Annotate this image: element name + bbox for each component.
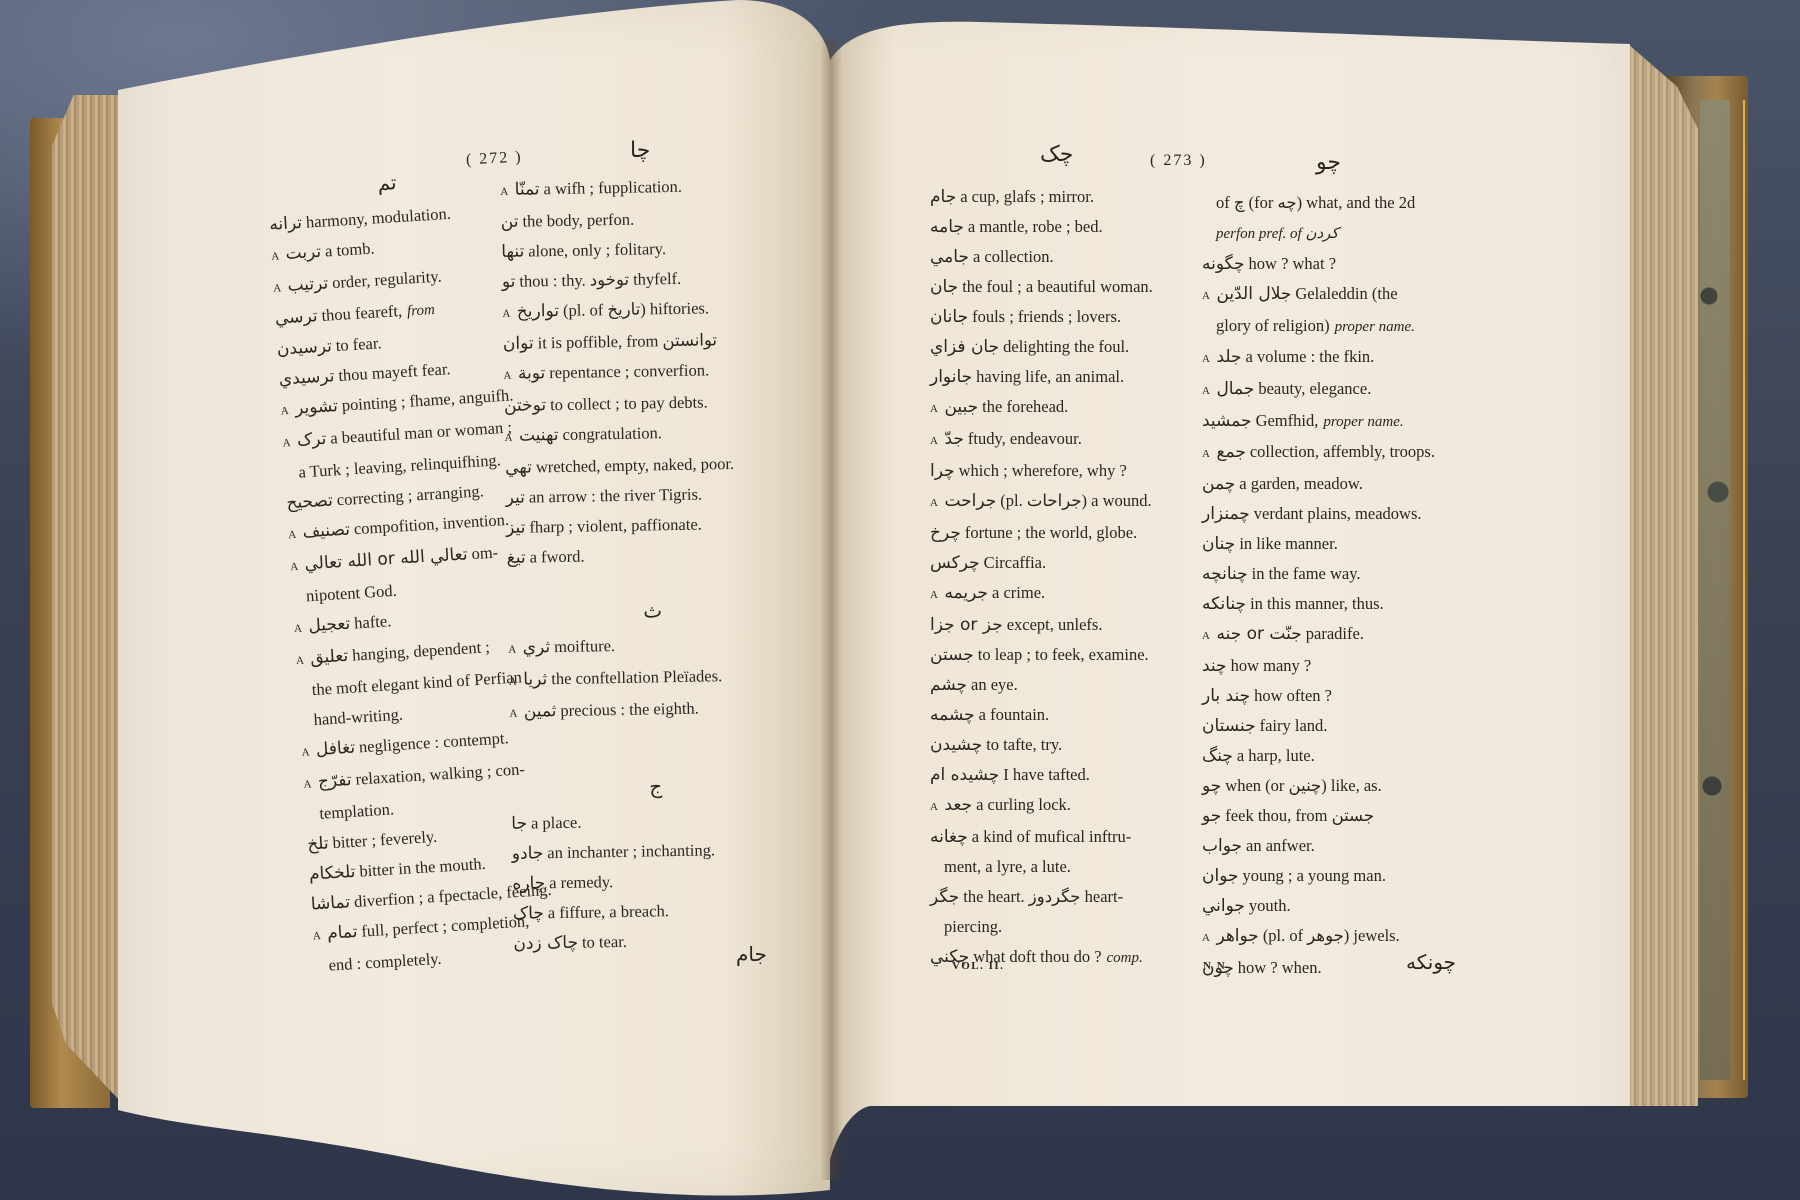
definition: the forehead. [982,397,1068,416]
gilt-edge [1743,100,1745,1080]
headword: تهنيت [519,425,559,446]
arabic-origin-marker: A [273,282,282,294]
definition: glory of religion) [1216,316,1330,335]
definition: full, perfect ; completion, [361,911,530,940]
headword: توبة [518,363,546,383]
dictionary-entry: piercing. [930,912,1210,942]
headword: جمال [1216,379,1254,399]
dictionary-entry: جمشيدGemfhid,proper name. [1202,406,1482,437]
headword: ثريا [523,669,547,689]
headword: چاره [512,873,545,894]
definition: fortune ; the world, globe. [965,523,1137,542]
dictionary-entry: Aتوبةrepentance ; converfion. [503,354,794,391]
dictionary-entry: Aجلدa volume : the fkin. [1202,342,1482,374]
definition: piercing. [944,917,1002,936]
definition: pointing ; fhame, anguifh. [341,385,514,414]
definition: youth. [1249,896,1291,915]
definition: alone, only ; folitary. [528,239,666,260]
arabic-origin-marker: A [1202,932,1210,944]
arabic-origin-marker: A [280,405,289,417]
definition: the heart. جگردوز heart- [963,887,1123,906]
dictionary-entry: جانوارhaving life, an animal. [930,362,1210,392]
headword: چنانچه [1202,564,1248,584]
arabic-origin-marker: A [930,801,938,813]
definition: in this manner, thus. [1250,594,1384,613]
arabic-origin-marker: A [294,623,303,635]
headword: جنّت or جنه [1216,624,1301,644]
headword: تلخ [307,833,330,854]
headword: چشيدن [930,735,982,755]
headword: چند بار [1202,686,1250,706]
headword: چغانه [930,827,968,847]
dictionary-entry: Aجمالbeauty, elegance. [1202,374,1482,406]
definition: a cup, glafs ; mirror. [960,187,1094,206]
headword: تفرّج [317,770,352,792]
headword: جا [511,814,527,834]
headword: چاک زدن [513,933,578,954]
definition: in the fame way. [1252,564,1361,583]
headword: چرا [930,461,955,481]
arabic-origin-marker: A [930,403,938,415]
definition: Circaffia. [984,553,1046,572]
definition: moifture. [554,636,615,656]
running-head-right-2: چو [1316,150,1341,175]
volume-signature: VOL. II. [952,960,1004,972]
headword: چنانکه [1202,594,1246,614]
definition: a curling lock. [976,795,1071,814]
headword: چگونه [1202,254,1245,274]
definition: to leap ; to feek, examine. [978,645,1149,664]
dictionary-entry: جوابan anfwer. [1202,831,1482,861]
dictionary-entry: چرخfortune ; the world, globe. [930,518,1210,548]
headword: چرخ [930,523,961,543]
definition: how many ? [1231,656,1312,675]
definition: Gelaleddin (the [1295,284,1397,303]
headword: تير [505,488,525,508]
definition: a beautiful man or woman ; [330,417,513,447]
headword: جانوار [930,367,972,387]
dictionary-entry: جامa cup, glafs ; mirror. [930,182,1210,212]
headword: چنان [1202,534,1235,554]
definition: thou : thy. توخود thyfelf. [519,269,681,291]
headword: جو [1202,806,1221,826]
headword: جوان [1202,866,1239,886]
dictionary-entry: Aجلال الدّينGelaleddin (the [1202,279,1482,311]
dictionary-entry: جوfeek thou, from جستن [1202,801,1482,831]
definition: having life, an animal. [976,367,1124,386]
arabic-origin-marker: A [509,676,518,688]
definition: thou feareft, [321,301,403,325]
definition: of چ (for چه) what, and the 2d [1216,193,1415,212]
headword: چنگ [1202,746,1233,766]
definition: ftudy, endeavour. [968,429,1082,448]
definition: a crime. [992,583,1045,602]
dictionary-entry: چشمهa fountain. [930,700,1210,730]
dictionary-entry: Aثمينprecious : the eighth. [509,692,800,729]
headword: جادو [512,843,544,864]
definition: to collect ; to pay debts. [550,392,708,414]
definition: hafte. [354,611,392,632]
arabic-origin-marker: A [271,250,280,262]
headword: تو [502,272,516,292]
definition: a kind of mufical inftru- [972,827,1131,846]
headword: جستن [930,645,974,665]
dictionary-entry: Aجبينthe forehead. [930,392,1210,424]
dictionary-entry: چرکسCircaffia. [930,548,1210,578]
definition: how ? when. [1238,958,1322,977]
definition: order, regularity. [332,266,443,292]
definition: fharp ; violent, paffionate. [529,515,702,537]
definition: a place. [531,813,582,833]
dictionary-entry: چمنزارverdant plains, meadows. [1202,499,1482,529]
definition: an anfwer. [1246,836,1315,855]
arabic-origin-marker: A [930,589,938,601]
dictionary-entry: Aجواهر(pl. of جوهر) jewels. [1202,921,1482,953]
headword: چو [1202,776,1221,796]
dictionary-entry: چنانin like manner. [1202,529,1482,559]
headword: تعجيل [308,614,351,637]
arabic-origin-marker: A [1202,385,1210,397]
definition: a tomb. [324,239,375,261]
headword: جعد [944,795,972,815]
definition: Gemfhid, [1256,411,1319,430]
definition: in like manner. [1239,534,1338,553]
headword: تيز [506,518,526,538]
definition: a fountain. [979,705,1050,724]
dictionary-entry: چنانچهin the fame way. [1202,559,1482,589]
dictionary-entry: چشيده امI have tafted. [930,760,1210,790]
dictionary-entry: چنانکهin this manner, thus. [1202,589,1482,619]
arabic-origin-marker: A [1202,630,1210,642]
definition: templation. [319,799,395,823]
headword: چمن [1202,474,1235,494]
arabic-origin-marker: A [1202,448,1210,460]
definition: fairy land. [1260,716,1328,735]
arabic-origin-marker: A [504,432,513,444]
dictionary-entry: چند بارhow often ? [1202,681,1482,711]
definition: which ; wherefore, why ? [959,461,1127,480]
definition: the body, perfon. [522,210,634,231]
arabic-origin-marker: A [500,186,509,198]
dictionary-entry: ment, a lyre, a lute. [930,852,1210,882]
arabic-origin-marker: A [303,778,312,790]
dictionary-entry: جامهa mantle, robe ; bed. [930,212,1210,242]
definition: negligence : contempt. [358,728,509,756]
headword: تماشا [310,892,350,914]
headword: جراحت [944,491,996,511]
definition: correcting ; arranging. [336,481,484,509]
arabic-origin-marker: A [502,308,511,320]
definition: end : completely. [328,949,442,975]
definition: the foul ; a beautiful woman. [962,277,1153,296]
headword: ثري [523,637,551,657]
definition: a wifh ; fupplication. [543,177,682,198]
dictionary-entry: glory of religion)proper name. [1202,311,1482,342]
gathering-signature: N N [1203,960,1226,972]
arabic-origin-marker: A [288,529,297,541]
headword: جواني [1202,896,1245,916]
section-letter-heading: ث [507,588,798,633]
headword: تلخكام [308,862,356,885]
dictionary-entry: جاميa collection. [930,242,1210,272]
book-gutter [820,40,842,1180]
dictionary-entry: چراwhich ; wherefore, why ? [930,456,1210,486]
definition: a fword. [529,547,584,567]
dictionary-entry: چشمan eye. [930,670,1210,700]
headword: جواب [1202,836,1242,856]
definition: young ; a young man. [1243,866,1386,885]
definition: how often ? [1254,686,1332,705]
definition: ment, a lyre, a lute. [944,857,1071,876]
headword: ثمين [524,701,557,722]
headword: تواريخ [517,301,559,322]
headword: تصحيح [286,491,334,514]
definition: a harp, lute. [1237,746,1315,765]
definition: I have tafted. [1003,765,1090,784]
dictionary-entry: چشيدنto tafte, try. [930,730,1210,760]
headword: جمع [1216,442,1245,462]
headword: تربت [285,242,322,264]
dictionary-entry: چنگa harp, lute. [1202,741,1482,771]
headword: ترک [296,429,326,451]
arabic-origin-marker: A [503,370,512,382]
definition: congratulation. [562,423,662,444]
dictionary-entry: Aتهنيتcongratulation. [504,416,795,453]
definition: hand-writing. [313,705,403,729]
arabic-origin-marker: A [290,561,299,573]
catchword-left: جام [736,942,767,966]
headword: جان فزاي [930,337,999,357]
arabic-origin-marker: A [1202,290,1210,302]
definition: how ? what ? [1249,254,1337,273]
headword: تنها [501,242,524,262]
definition: beauty, elegance. [1258,379,1371,398]
dictionary-entry: جوانيyouth. [1202,891,1482,921]
definition: precious : the eighth. [560,699,699,720]
headword: جان [930,277,958,297]
catchword-right: چونكه [1406,950,1456,974]
definition: it is poffible, from توانستن [538,330,718,352]
italic-note: from [407,302,436,320]
dictionary-entry: Aجدّftudy, endeavour. [930,424,1210,456]
headword: چمنزار [1202,504,1250,524]
dictionary-entry: Aتمنّاa wifh ; fupplication. [500,170,791,207]
headword: چرکس [930,553,980,573]
headword: جواهر [1216,926,1258,946]
definition: hanging, dependent ; [352,637,491,664]
dictionary-entry: جگرthe heart. جگردوز heart- [930,882,1210,912]
definition: to tafte, try. [986,735,1062,754]
definition: a remedy. [549,872,613,892]
definition: a garden, meadow. [1239,474,1363,493]
dictionary-entry: جانانfouls ; friends ; lovers. [930,302,1210,332]
definition: (pl. of تاريخ) hiftories. [563,298,709,320]
right-page-column-2: of چ (for چه) what, and the 2dperfon pre… [1202,188,1482,983]
dictionary-entry: چغانهa kind of mufical inftru- [930,822,1210,852]
headword: تعالي الله or الله تعالي [304,544,468,574]
definition: compofition, invention. [353,510,509,538]
dictionary-entry: جان فزايdelighting the foul. [930,332,1210,362]
headword: جدّ [944,429,963,449]
dictionary-entry: چمنa garden, meadow. [1202,469,1482,499]
definition: an inchanter ; inchanting. [547,840,715,862]
definition: relaxation, walking ; con- [355,759,525,788]
definition: to tear. [582,932,627,952]
headword: چشمه [930,705,975,725]
arabic-origin-marker: A [313,930,322,942]
arabic-origin-marker: A [930,497,938,509]
page-number-right: ( 273 ) [1150,152,1207,170]
dictionary-entry: Aجريمهa crime. [930,578,1210,610]
definition: repentance ; converfion. [549,360,709,382]
definition: a volume : the fkin. [1246,347,1375,366]
dictionary-entry: جانthe foul ; a beautiful woman. [930,272,1210,302]
arabic-origin-marker: A [296,655,305,667]
headword: جانان [930,307,968,327]
headword: ترسيدي [278,366,335,389]
headword: تشوير [294,396,338,419]
arabic-origin-marker: A [301,746,310,758]
headword: جنستان [1202,716,1256,736]
dictionary-entry: Aجنّت or جنهparadife. [1202,619,1482,651]
headword: تن [501,212,519,232]
headword: جمشيد [1202,411,1252,431]
headword: جريمه [944,583,988,603]
arabic-origin-marker: A [1202,353,1210,365]
headword: جام [930,187,956,207]
dictionary-entry: جنستانfairy land. [1202,711,1482,741]
definition: nipotent God. [305,581,397,606]
definition: the conftellation Pleïades. [551,666,722,688]
headword: چشيده ام [930,765,999,785]
page-stack-left [52,95,124,1105]
dictionary-entry: Aثرياthe conftellation Pleïades. [509,660,800,697]
headword: تيغ [507,548,526,568]
dictionary-entry: perfon pref. of كردن [1202,218,1482,249]
headword: چشم [930,675,967,695]
definition: thou mayeft fear. [338,359,451,385]
headword: چاک [513,903,544,924]
headword: توان [503,333,534,354]
arabic-origin-marker: A [282,437,291,449]
definition: harmony, modulation. [305,204,451,232]
dictionary-entry: جستنto leap ; to feek, examine. [930,640,1210,670]
definition: bitter in the mouth. [359,854,486,881]
right-page-column-1: جامa cup, glafs ; mirror.جامهa mantle, r… [930,182,1210,973]
headword: جامي [930,247,969,267]
headword: تغافل [315,738,355,760]
definition: an eye. [971,675,1018,694]
italic-note: proper name. [1323,414,1403,430]
definition: when (or چنين) like, as. [1225,776,1381,795]
headword: تهي [505,457,532,477]
definition: a mantle, robe ; bed. [968,217,1103,236]
arabic-origin-marker: A [930,435,938,447]
dictionary-entry: چندhow many ? [1202,651,1482,681]
definition: paradife. [1306,624,1364,643]
marbled-endpaper [1700,100,1730,1080]
definition: a collection. [973,247,1054,266]
definition: to fear. [335,333,382,355]
headword: ترسي [274,306,318,329]
italic-note: proper name. [1335,319,1415,335]
dictionary-entry: چوwhen (or چنين) like, as. [1202,771,1482,801]
definition: collection, affembly, troops. [1250,442,1435,461]
headword: جگر [930,887,959,907]
definition: verdant plains, meadows. [1254,504,1422,523]
page-stack-right [1628,44,1698,1106]
headword: جبين [944,397,978,417]
headword: جلال الدّين [1216,284,1291,304]
dictionary-entry: Aجعدa curling lock. [930,790,1210,822]
section-letter-heading: ج [510,764,801,809]
dictionary-entry: of چ (for چه) what, and the 2d [1202,188,1482,218]
definition: wretched, empty, naked, poor. [536,454,735,476]
headword: چند [1202,656,1227,676]
definition: feek thou, from جستن [1225,806,1374,825]
definition: delighting the foul. [1003,337,1129,356]
headword: ترانه [269,213,303,235]
arabic-origin-marker: A [509,708,518,720]
dictionary-entry: Aثريmoifture. [508,628,799,665]
headword: تمام [327,922,358,944]
headword: تصنيف [302,520,350,543]
definition: a fiffure, a breach. [548,901,669,922]
running-head-right-1: چک [1040,142,1073,167]
headword: ترسيدن [276,336,332,359]
headword: ترتيب [287,273,329,295]
headword: جلد [1216,347,1241,367]
definition: except, unlefs. [1007,615,1103,634]
left-page-column-2: Aتمنّاa wifh ; fupplication.تنthe body, … [500,170,804,959]
definition: om- [471,543,499,564]
headword: تعليق [310,646,349,668]
running-head-left: چا [630,138,650,163]
italic-note: comp. [1107,950,1143,966]
definition: an arrow : the river Tigris. [529,485,703,507]
arabic-origin-marker: A [508,644,517,656]
definition: bitter ; feverely. [332,827,438,852]
headword: تمنّا [515,179,540,199]
definition: perfon pref. of كردن [1216,226,1339,242]
dictionary-entry: جوانyoung ; a young man. [1202,861,1482,891]
headword: توختن [504,395,546,416]
dictionary-entry: جز or جزاexcept, unlefs. [930,610,1210,640]
headword: جز or جزا [930,615,1003,635]
definition: (pl. جراحات) a wound. [1000,491,1151,510]
dictionary-entry: چگونهhow ? what ? [1202,249,1482,279]
dictionary-entry: Aتواريخ(pl. of تاريخ) hiftories. [502,292,793,329]
dictionary-entry: Aجراحت(pl. جراحات) a wound. [930,486,1210,518]
headword: جامه [930,217,964,237]
definition: fouls ; friends ; lovers. [972,307,1121,326]
dictionary-entry: Aجمعcollection, affembly, troops. [1202,437,1482,469]
definition: (pl. of جوهر) jewels. [1263,926,1400,945]
